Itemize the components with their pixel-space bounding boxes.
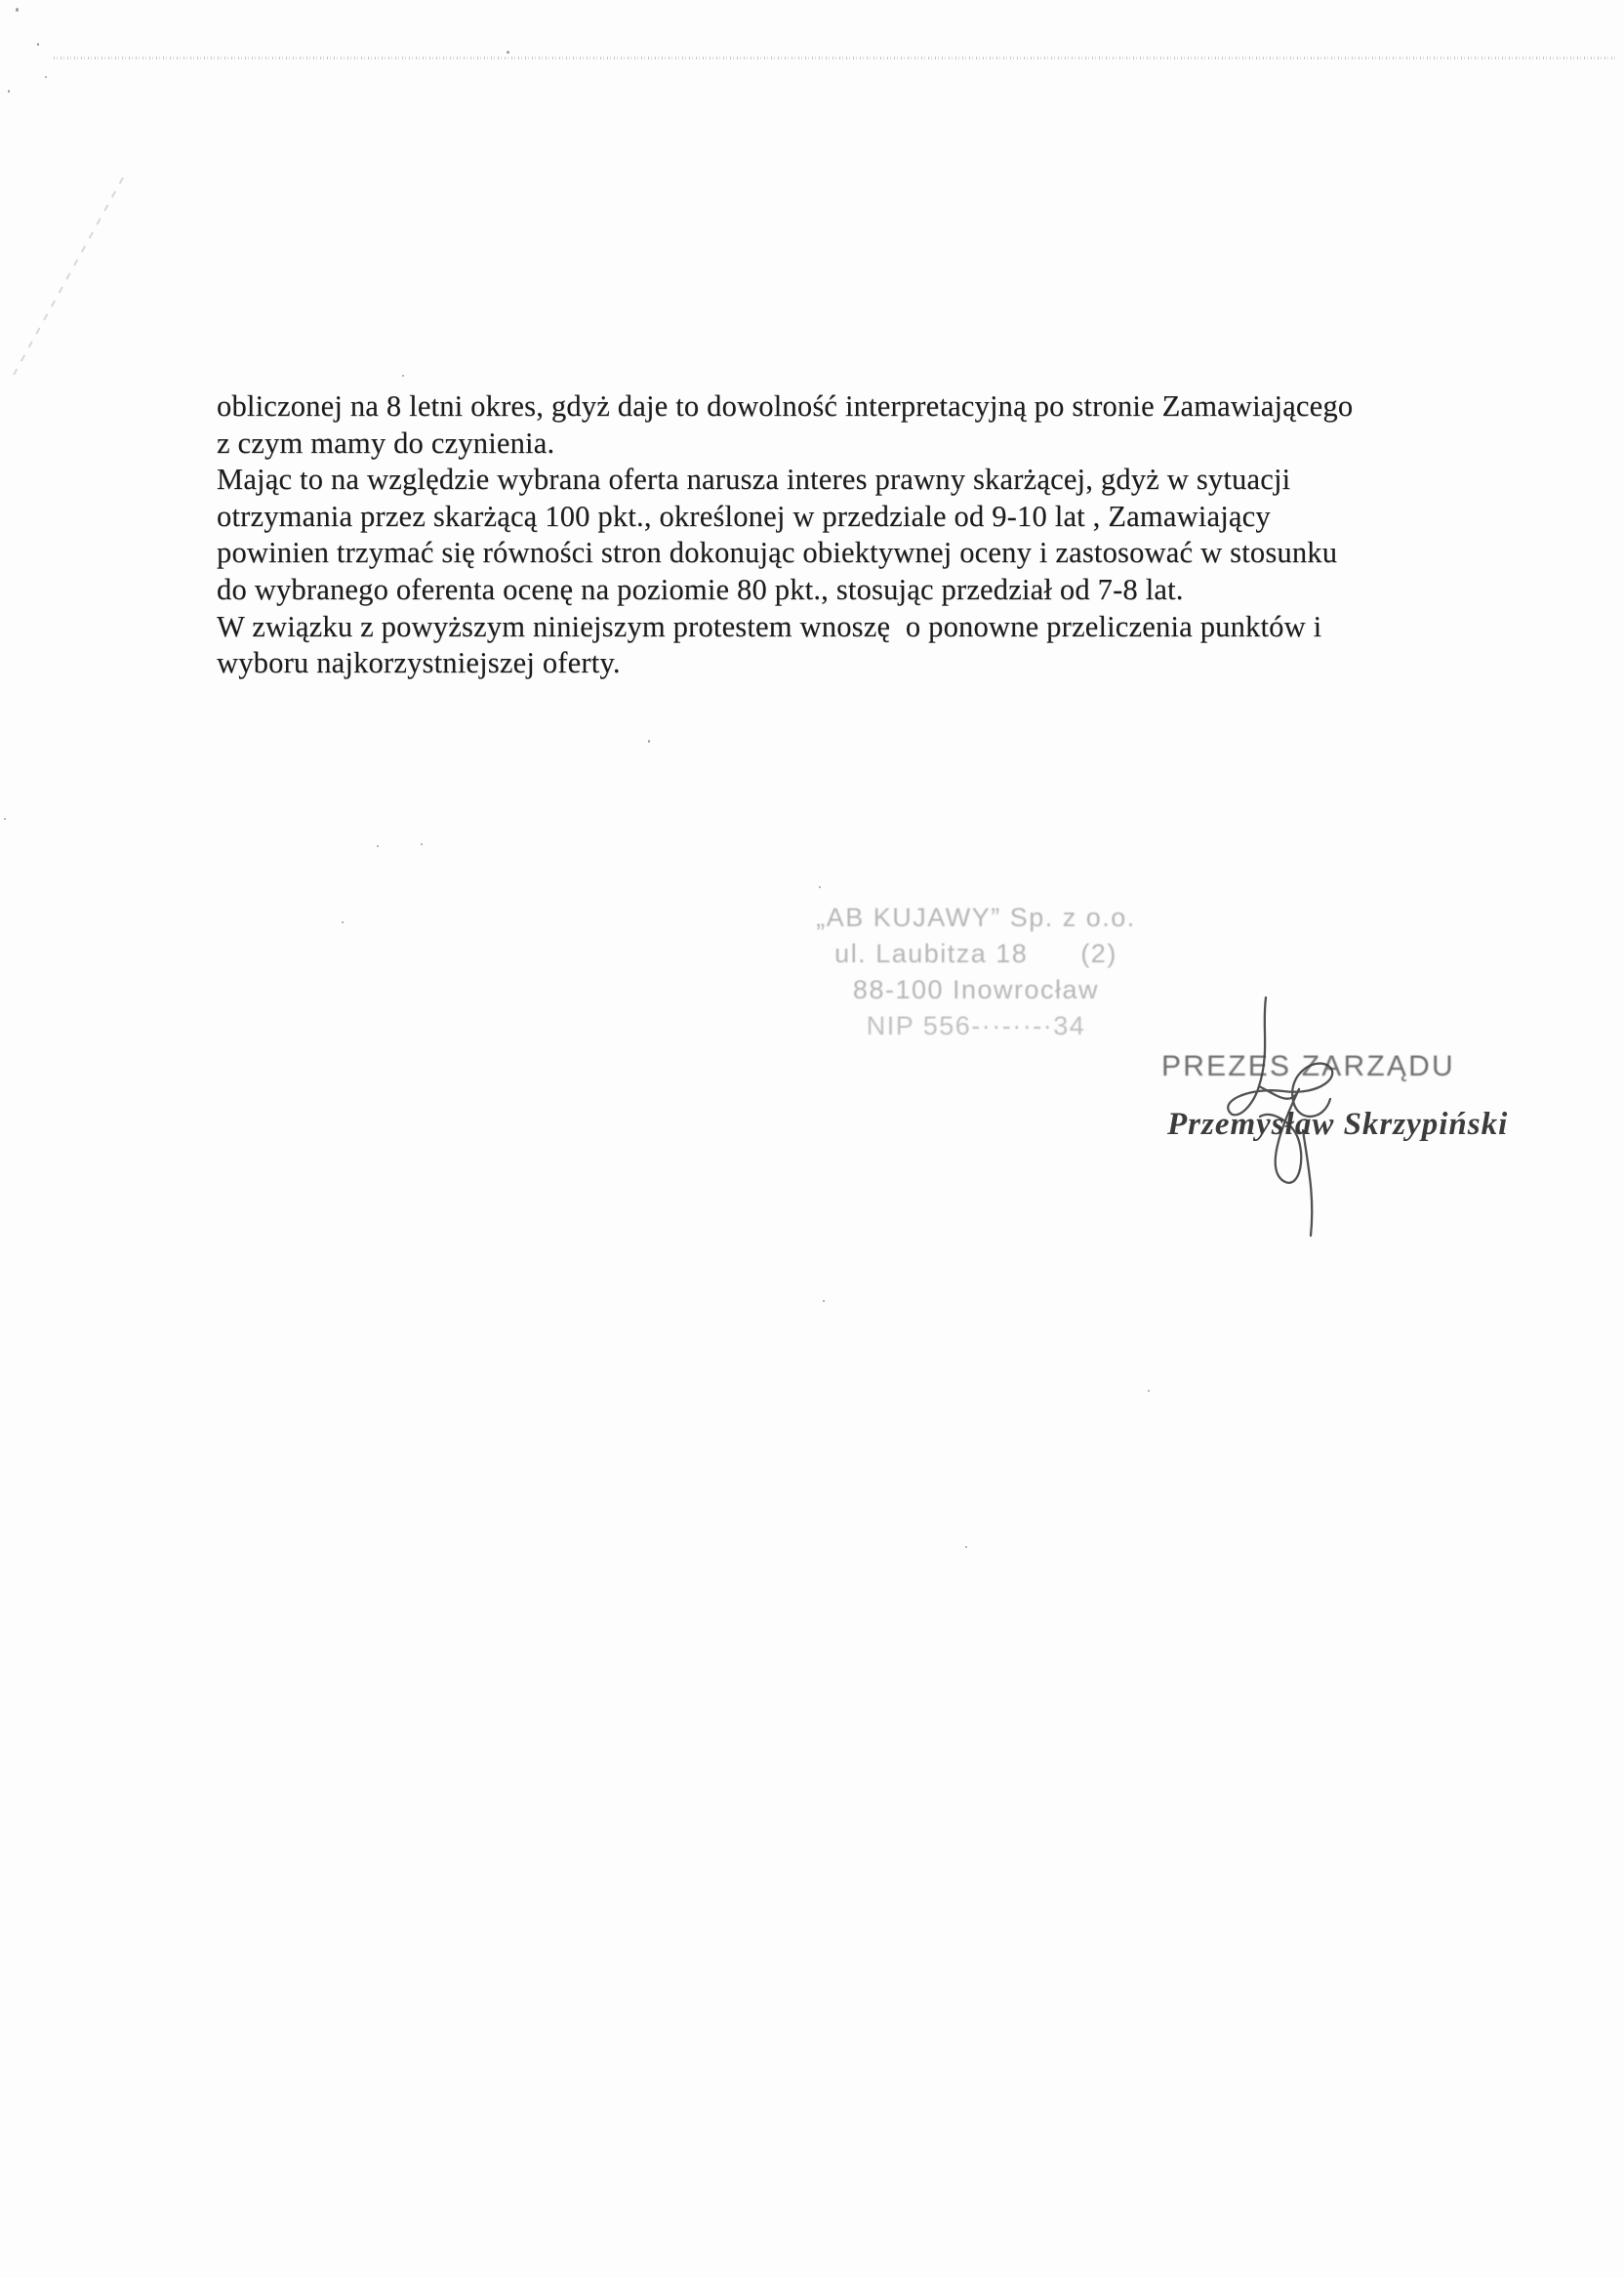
stamp-company-name: „AB KUJAWY” Sp. z o.o. [789,900,1163,936]
scan-speck [507,51,509,54]
scan-speck [421,843,423,845]
stamp-city: 88-100 Inowrocław [789,972,1163,1008]
scanned-letter-page: obliczonej na 8 letni okres, gdyż daje t… [0,0,1624,2278]
scan-speck [16,8,19,12]
body-line: z czym mamy do czynienia. [217,426,1353,463]
stamp-street: ul. Laubitza 18 (2) [789,936,1163,972]
scan-speck [8,90,10,93]
scan-speck [342,921,344,923]
scan-speck [4,818,6,820]
scan-speck [37,43,39,46]
scan-speck [648,740,650,743]
body-line: do wybranego oferenta ocenę na poziomie … [217,572,1353,609]
scan-line-artifact [54,57,1617,60]
handwritten-signature [1205,994,1401,1238]
body-line: W związku z powyższym niniejszym protest… [217,609,1353,646]
body-line: wyboru najkorzystniejszej oferty. [217,645,1353,682]
stamp-nip: NIP 556-··-··-·34 [789,1008,1163,1044]
body-line: otrzymania przez skarżącą 100 pkt., okre… [217,499,1353,536]
body-line: Mając to na względzie wybrana oferta nar… [217,462,1353,499]
body-line: powinien trzymać się równości stron doko… [217,535,1353,572]
scan-speck [965,1546,967,1548]
scan-speck [1148,1390,1150,1392]
scan-speck [823,1300,825,1302]
scan-speck [45,76,47,78]
letter-body: obliczonej na 8 letni okres, gdyż daje t… [217,388,1353,682]
scan-speck [377,845,379,847]
body-line: obliczonej na 8 letni okres, gdyż daje t… [217,388,1353,426]
company-stamp: „AB KUJAWY” Sp. z o.o. ul. Laubitza 18 (… [789,900,1163,1044]
scan-speck [402,375,404,377]
scan-speck [819,886,821,888]
scan-streak-artifact [11,178,124,380]
